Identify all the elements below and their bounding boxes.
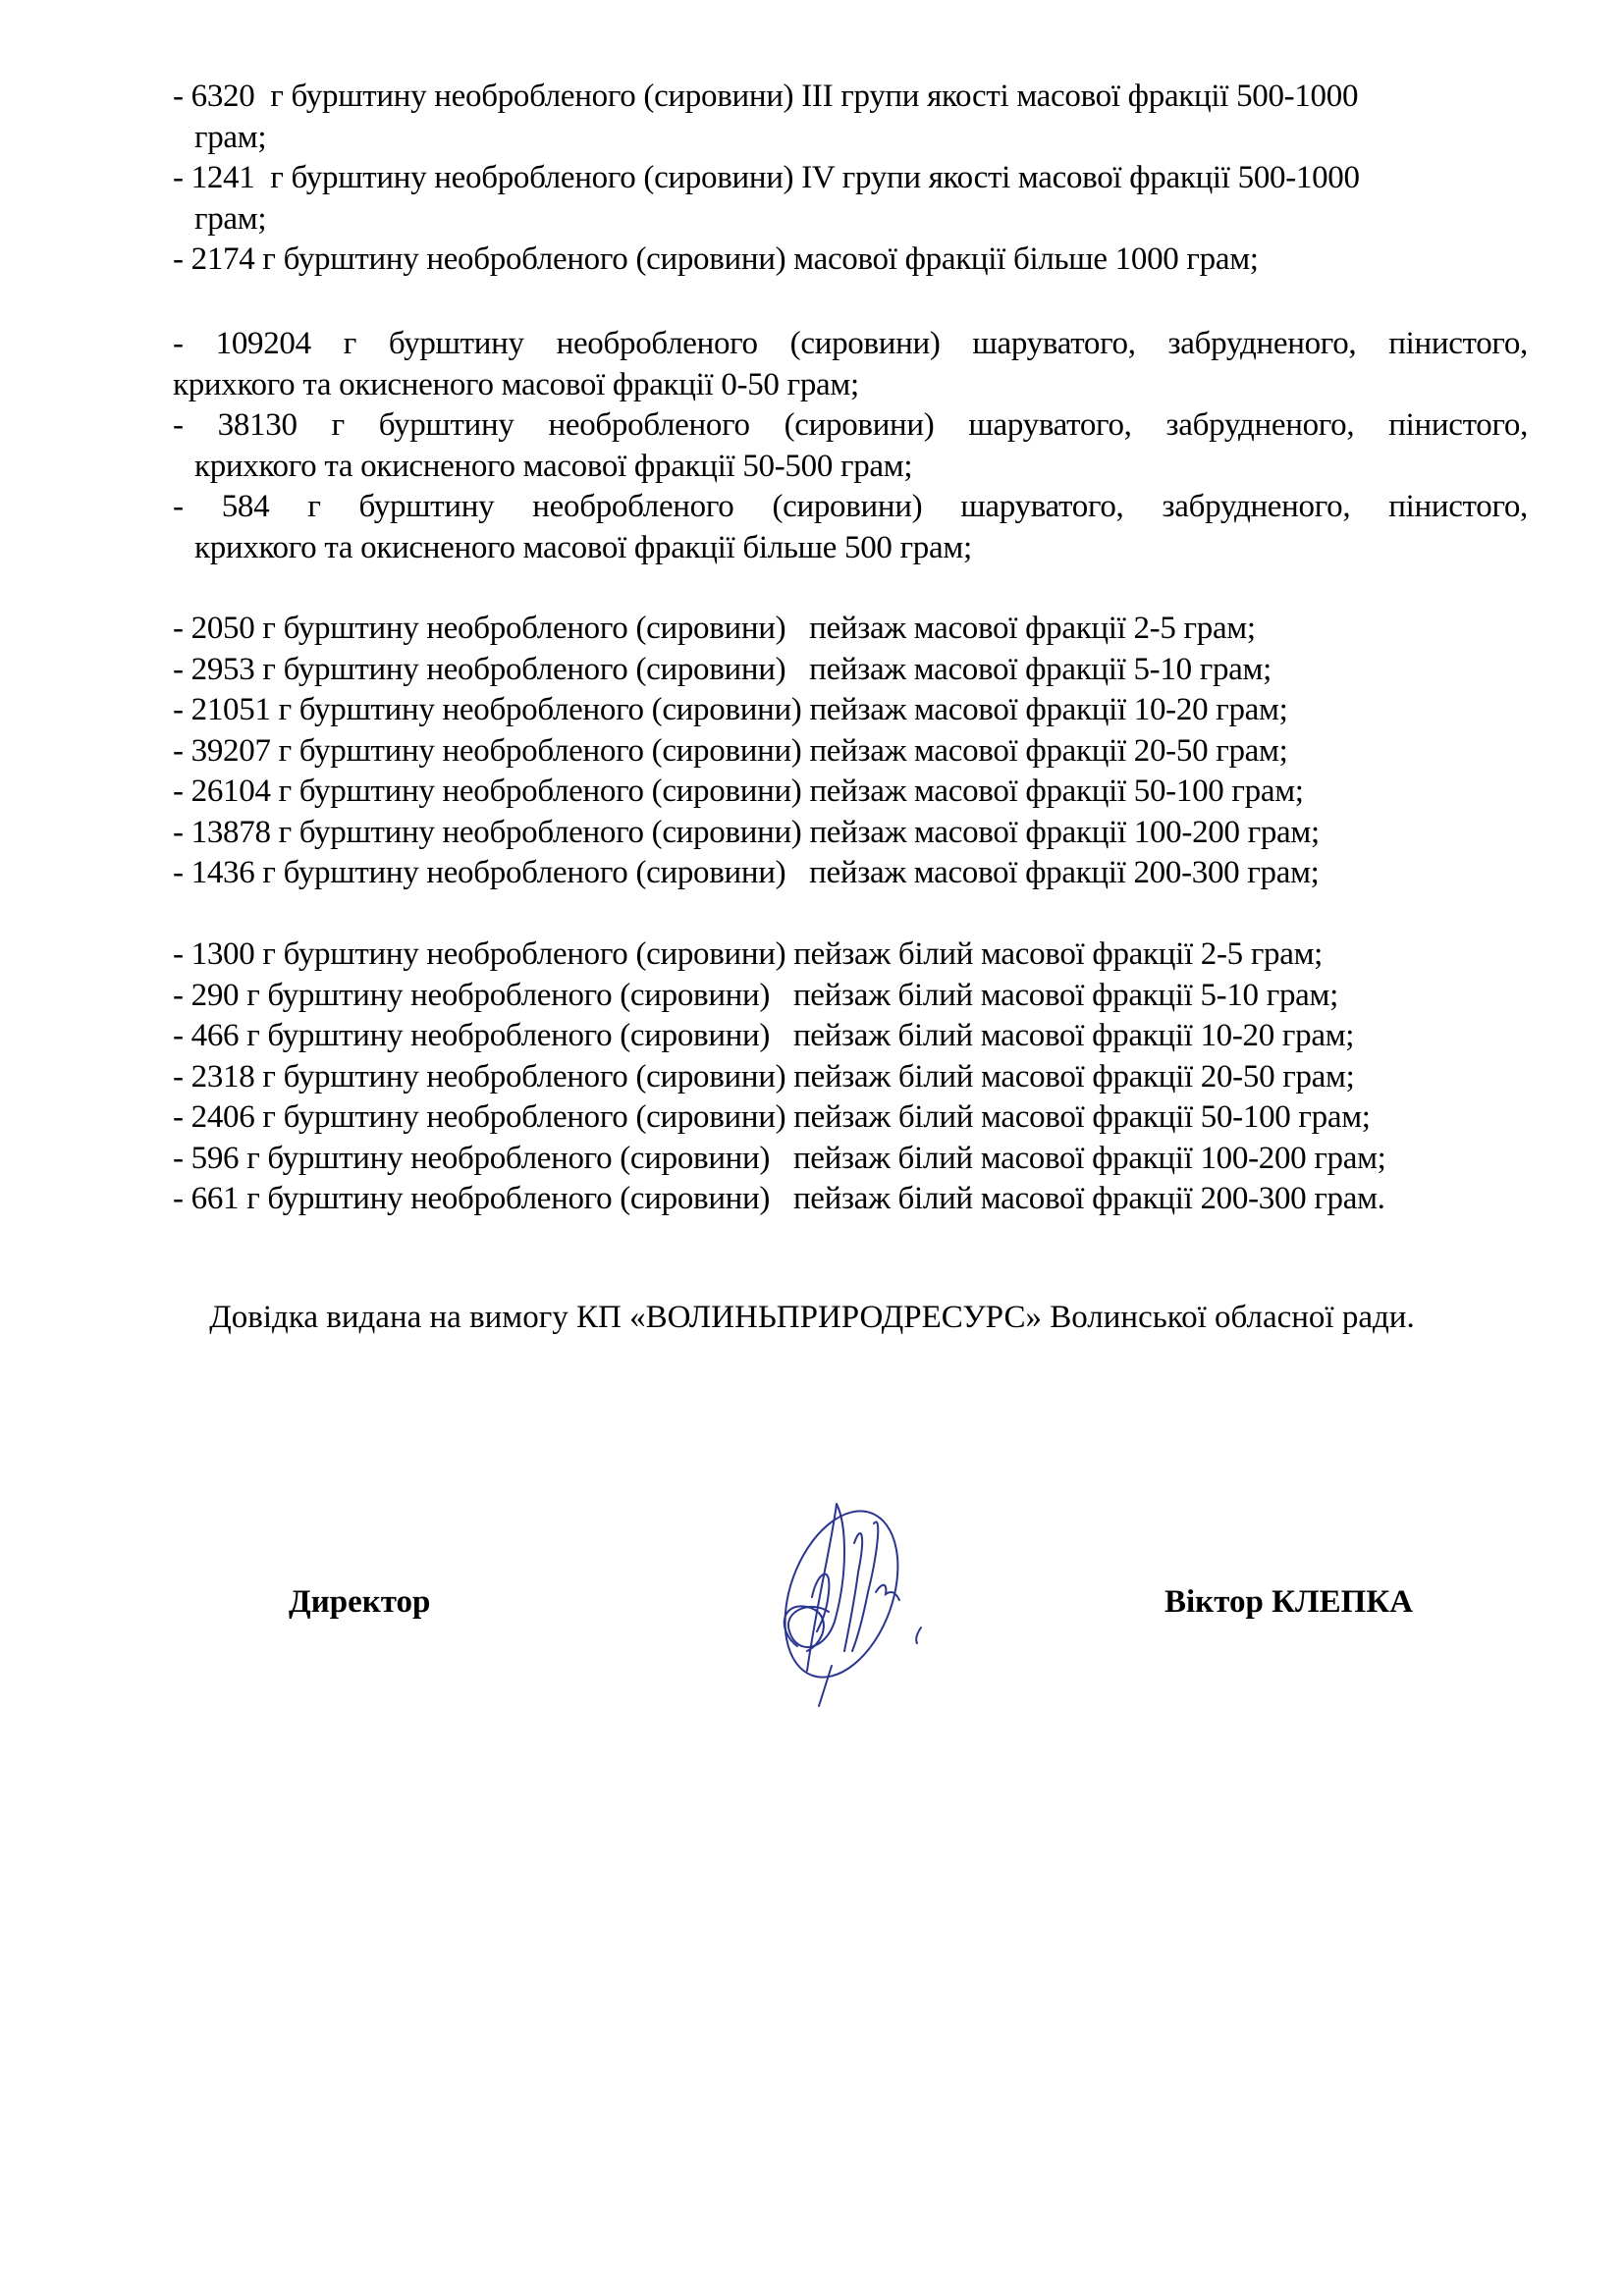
amount: 1436 (191, 855, 255, 890)
list-item: - 1436 г бурштину необробленого (сировин… (173, 853, 1528, 894)
amount: 661 (191, 1181, 240, 1216)
amount: 2318 (191, 1059, 255, 1095)
list-item: - 39207 г бурштину необробленого (сирови… (173, 731, 1528, 773)
item-text: г бурштину необробленого (сировини) пейз… (279, 692, 1288, 727)
item-text: г бурштину необробленого (сировини) пейз… (262, 652, 1272, 687)
list-item: - 6320 г бурштину необробленого (сировин… (173, 77, 1528, 158)
amount: 2174 (191, 241, 255, 277)
amber-list-group-3: - 2050 г бурштину необробленого (сировин… (173, 609, 1528, 894)
item-text: г бурштину необробленого (сировини) шару… (344, 326, 1528, 361)
item-text-continuation: грам; (173, 199, 1528, 240)
bullet: - (173, 241, 184, 277)
list-item: - 1300 г бурштину необробленого (сировин… (173, 934, 1528, 976)
list-item: - 2953 г бурштину необробленого (сировин… (173, 650, 1528, 691)
amount: 2953 (191, 652, 255, 687)
list-item: - 2050 г бурштину необробленого (сировин… (173, 609, 1528, 650)
amber-list-group-1: - 6320 г бурштину необробленого (сировин… (173, 77, 1528, 281)
amount: 38130 (218, 407, 298, 443)
amount: 2406 (191, 1099, 255, 1135)
amount: 290 (191, 978, 240, 1013)
amount: 2050 (191, 611, 255, 646)
list-item: - 2174 г бурштину необробленого (сировин… (173, 240, 1528, 281)
list-item: - 466 г бурштину необробленого (сировини… (173, 1016, 1528, 1057)
list-item: - 38130 г бурштину необробленого (сирови… (173, 405, 1528, 487)
list-item: - 290 г бурштину необробленого (сировини… (173, 976, 1528, 1017)
item-text: г бурштину необробленого (сировини) шару… (307, 489, 1528, 524)
item-text: г бурштину необробленого (сировини) шару… (332, 407, 1528, 443)
amount: 39207 (191, 733, 271, 769)
item-text-continuation: крихкого та окисненого масової фракції б… (173, 528, 1528, 569)
list-item: - 1241 г бурштину необробленого (сировин… (173, 158, 1528, 240)
bullet: - (173, 79, 184, 114)
list-item: - 584 г бурштину необробленого (сировини… (173, 487, 1528, 568)
amount: 584 (222, 489, 270, 524)
item-text: г бурштину необробленого (сировини) масо… (262, 241, 1258, 277)
list-item: - 2318 г бурштину необробленого (сировин… (173, 1057, 1528, 1098)
handwritten-signature-icon (738, 1484, 994, 1710)
amber-list-group-2: - 109204 г бурштину необробленого (сиров… (173, 324, 1528, 568)
item-line-1: - 38130 г бурштину необробленого (сирови… (173, 405, 1528, 447)
item-text: г бурштину необробленого (сировини) пейз… (246, 1181, 1384, 1216)
item-text: г бурштину необробленого (сировини) пейз… (279, 815, 1320, 850)
amount: 109204 (216, 326, 311, 361)
item-text: г бурштину необробленого (сировини) пейз… (262, 1059, 1354, 1095)
item-line-1: - 584 г бурштину необробленого (сировини… (173, 487, 1528, 528)
item-text: г бурштину необробленого (сировини) пейз… (279, 733, 1288, 769)
amount: 26104 (191, 774, 271, 809)
list-item: - 13878 г бурштину необробленого (сирови… (173, 813, 1528, 854)
list-item: - 109204 г бурштину необробленого (сиров… (173, 324, 1528, 405)
amount: 466 (191, 1018, 240, 1053)
item-line-1: - 109204 г бурштину необробленого (сиров… (173, 324, 1528, 365)
signatory-title: Директор (289, 1582, 430, 1622)
list-item: - 21051 г бурштину необробленого (сирови… (173, 690, 1528, 731)
item-text: г бурштину необробленого (сировини) пейз… (262, 855, 1319, 890)
amount: 596 (191, 1141, 240, 1176)
item-text-continuation: грам; (173, 118, 1528, 159)
item-text-continuation: крихкого та окисненого масової фракції 0… (173, 365, 1528, 406)
item-text: г бурштину необробленого (сировини) III … (270, 79, 1358, 114)
item-text: г бурштину необробленого (сировини) пейз… (246, 978, 1338, 1013)
amount: 6320 (191, 79, 255, 114)
amber-list-group-4: - 1300 г бурштину необробленого (сировин… (173, 934, 1528, 1220)
issuance-notice: Довідка видана на вимогу КП «ВОЛИНЬПРИРО… (0, 1298, 1624, 1338)
list-item: - 2406 г бурштину необробленого (сировин… (173, 1097, 1528, 1139)
list-item: - 26104 г бурштину необробленого (сирови… (173, 772, 1528, 813)
item-text: г бурштину необробленого (сировини) пейз… (262, 1099, 1370, 1135)
item-text: г бурштину необробленого (сировини) пейз… (262, 936, 1323, 972)
list-item: - 596 г бурштину необробленого (сировини… (173, 1139, 1528, 1180)
amount: 1241 (191, 160, 255, 195)
amount: 1300 (191, 936, 255, 972)
item-text: г бурштину необробленого (сировини) пейз… (246, 1141, 1385, 1176)
bullet: - (173, 160, 184, 195)
item-text: г бурштину необробленого (сировини) пейз… (279, 774, 1304, 809)
document-page: - 6320 г бурштину необробленого (сировин… (0, 0, 1624, 2296)
item-text: г бурштину необробленого (сировини) пейз… (262, 611, 1255, 646)
item-text-continuation: крихкого та окисненого масової фракції 5… (173, 447, 1528, 488)
list-item: - 661 г бурштину необробленого (сировини… (173, 1179, 1528, 1220)
amount: 13878 (191, 815, 271, 850)
item-text: г бурштину необробленого (сировини) пейз… (246, 1018, 1354, 1053)
amount: 21051 (191, 692, 271, 727)
item-text: г бурштину необробленого (сировини) IV г… (270, 160, 1359, 195)
signatory-name: Віктор КЛЕПКА (1164, 1582, 1413, 1622)
